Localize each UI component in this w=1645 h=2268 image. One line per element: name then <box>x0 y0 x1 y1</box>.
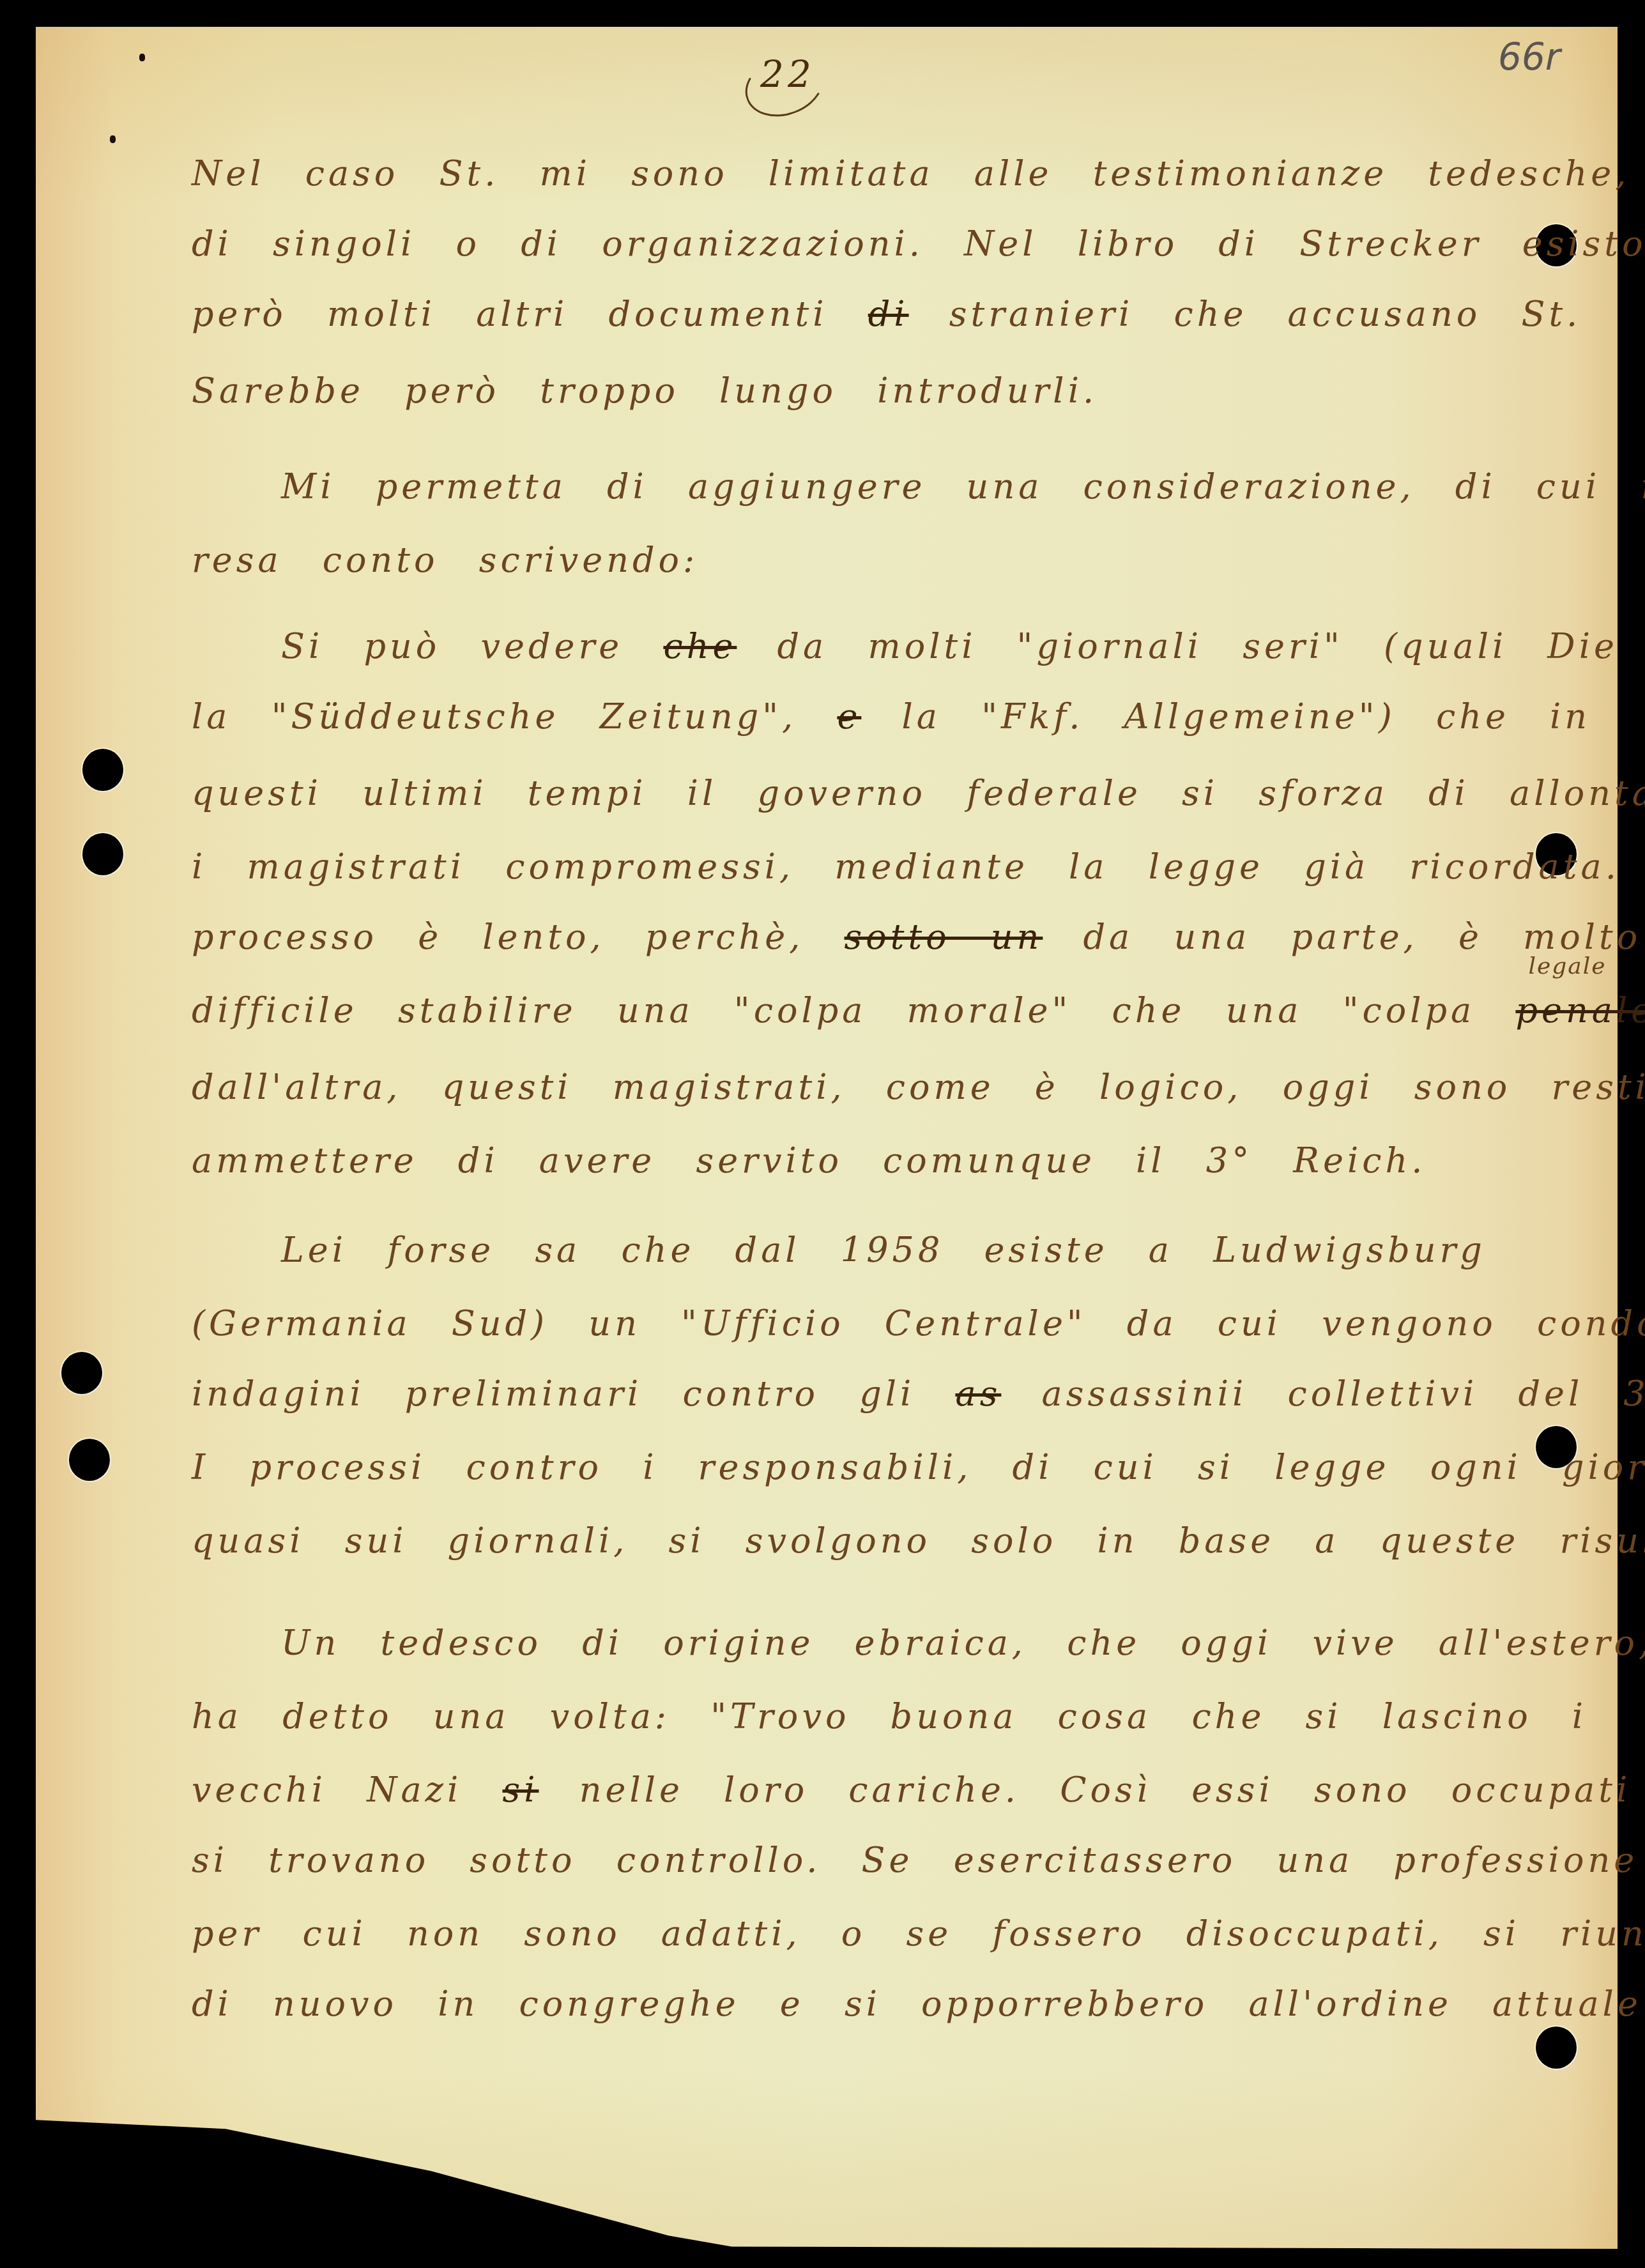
text-segment: la "Fkf. Allgemeine") che in <box>902 696 1591 737</box>
text-line: Lei forse sa che dal 1958 esiste a Ludwi… <box>281 1230 1486 1270</box>
text-line: Nel caso St. mi sono limitata alle testi… <box>192 153 1630 194</box>
text-segment: processo è lento, perchè, <box>192 917 804 957</box>
text-segment: assassinii collettivi del 3° Reich. <box>1042 1374 1645 1414</box>
text-line: vecchi Nazi si nelle loro cariche. Così … <box>192 1770 1645 1810</box>
text-line: Sarebbe però troppo lungo introdurli. <box>192 371 1098 411</box>
struck-word: e <box>837 696 861 737</box>
text-segment: difficile stabilire una "colpa morale" c… <box>192 990 1475 1031</box>
text-segment: da una parte, è molto più <box>1083 917 1645 957</box>
correction: legale penale <box>1515 990 1645 1031</box>
text-line: ha detto una volta: "Trovo buona cosa ch… <box>192 1696 1587 1736</box>
punch-hole <box>61 1352 102 1394</box>
text-line: Un tedesco di origine ebraica, che oggi … <box>281 1623 1645 1663</box>
text-segment: stranieri che accusano St. <box>949 294 1582 334</box>
text-line: si trovano sotto controllo. Se esercitas… <box>192 1840 1638 1880</box>
pinhole-mark <box>139 54 145 61</box>
page-number: 22 <box>760 52 815 96</box>
archive-folio-number: 66r <box>1498 35 1561 79</box>
text-segment: indagini preliminari contro gli <box>192 1374 915 1414</box>
text-segment: però molti altri documenti <box>192 294 828 334</box>
struck-word: che <box>663 626 737 666</box>
struck-word: di <box>868 294 909 334</box>
text-line: indagini preliminari contro gli as assas… <box>192 1374 1645 1414</box>
text-line: per cui non sono adatti, o se fossero di… <box>192 1913 1645 1954</box>
punch-hole <box>82 833 123 875</box>
punch-hole <box>69 1439 110 1481</box>
text-line: però molti altri documenti di stranieri … <box>192 294 1581 334</box>
text-line: i magistrati compromessi, mediante la le… <box>192 847 1645 887</box>
text-line: ammettere di avere servito comunque il 3… <box>192 1140 1426 1181</box>
text-line: I processi contro i responsabili, di cui… <box>192 1447 1645 1487</box>
text-line: di nuovo in congreghe e si opporrebbero … <box>192 1984 1645 2024</box>
text-line: (Germania Sud) un "Ufficio Centrale" da … <box>192 1303 1645 1344</box>
struck-word: as <box>955 1374 1001 1414</box>
text-line: dall'altra, questi magistrati, come è lo… <box>192 1067 1645 1107</box>
text-segment: la "Süddeutsche Zeitung", <box>192 696 797 737</box>
text-line: processo è lento, perchè, sotto un da un… <box>192 917 1645 957</box>
text-line: resa conto scrivendo: <box>192 540 698 580</box>
struck-word: si <box>503 1770 539 1810</box>
text-line: difficile stabilire una "colpa morale" c… <box>192 990 1645 1031</box>
pinhole-mark <box>110 135 116 143</box>
text-line: questi ultimi tempi il governo federale … <box>192 773 1645 813</box>
inserted-word: legale <box>1528 953 1606 979</box>
struck-word: sotto un <box>845 917 1043 957</box>
punch-hole <box>1536 2027 1577 2069</box>
text-line: di singoli o di organizzazioni. Nel libr… <box>192 224 1645 264</box>
text-segment: vecchi Nazi <box>192 1770 462 1810</box>
struck-word: penale <box>1515 990 1645 1031</box>
text-line: Si può vedere che da molti "giornali ser… <box>281 626 1645 666</box>
text-line: quasi sui giornali, si svolgono solo in … <box>192 1521 1645 1561</box>
text-line: la "Süddeutsche Zeitung", e la "Fkf. All… <box>192 696 1591 737</box>
punch-hole <box>82 749 123 791</box>
text-segment: nelle loro cariche. Così essi sono occup… <box>579 1770 1645 1810</box>
text-line: Mi permetta di aggiungere una consideraz… <box>281 466 1645 507</box>
text-segment: Si può vedere <box>281 626 623 666</box>
text-segment: da molti "giornali seri" (quali Die Zeit… <box>777 626 1645 666</box>
